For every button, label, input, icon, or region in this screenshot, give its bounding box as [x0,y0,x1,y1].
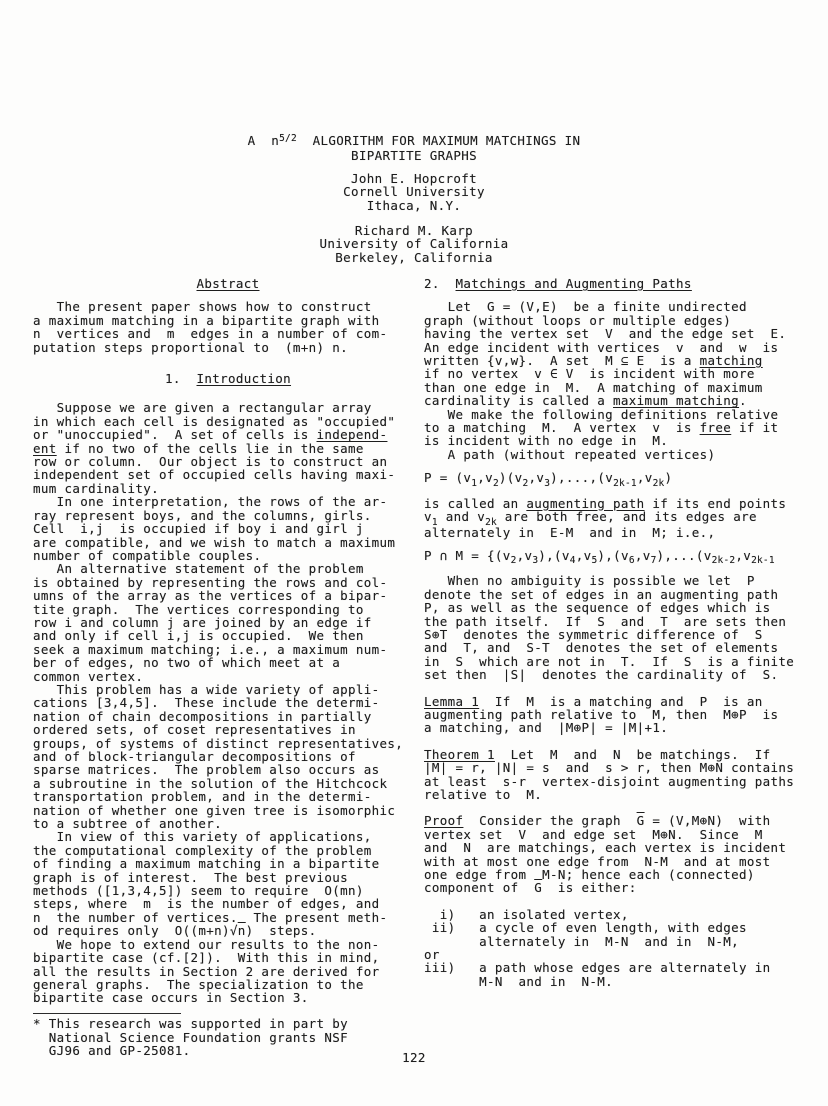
augmenting-path-paragraph: is called an augmenting path if its end … [424,497,828,539]
intro-paragraph-5: In view of this variety of applications,… [33,830,423,937]
intro-paragraph-3: An alternative statement of the problem … [33,562,423,683]
footnote-rule [33,1013,181,1014]
proof-paragraph: Proof Consider the graph G = (V,M⊕N) wit… [424,814,828,894]
paper-title: A n5/2 ALGORITHM FOR MAXIMUM MATCHINGS I… [0,134,828,163]
intro-paragraph-4: This problem has a wide variety of appli… [33,683,423,830]
intro-paragraph-1: Suppose we are given a rectangular array… [33,401,423,495]
intro-paragraph-2: In one interpretation, the rows of the a… [33,495,423,562]
component-cases-list: i) an isolated vertex, ii) a cycle of ev… [424,908,828,988]
theorem-1: Theorem 1 Let M and N be matchings. If |… [424,748,828,802]
free-vertex-paragraph: We make the following definitions relati… [424,408,828,462]
intro-paragraph-6: We hope to extend our results to the non… [33,938,423,1005]
paper-page: A n5/2 ALGORITHM FOR MAXIMUM MATCHINGS I… [0,0,828,1106]
ambiguity-paragraph: When no ambiguity is possible we let P d… [424,574,828,681]
page-number: 122 [0,1051,828,1064]
lemma-1: Lemma 1 If M is a matching and P is an a… [424,695,828,735]
abstract-heading: Abstract [33,277,423,290]
right-column: 2. Matchings and Augmenting Paths Let G … [424,277,828,988]
path-equation: P = (v1,v2)(v2,v3),...,(v2k-1,v2k) [424,471,828,486]
left-column: Abstract The present paper shows how to … [33,277,423,1057]
intersection-equation: P ∩ M = {(v2,v3),(v4,v5),(v6,v7),...(v2k… [424,549,828,564]
definitions-paragraph: Let G = (V,E) be a finite undirected gra… [424,300,828,407]
author-block-hopcroft: John E. Hopcroft Cornell University Itha… [0,172,828,212]
abstract-paragraph: The present paper shows how to construct… [33,300,423,354]
section1-heading: 1. Introduction [33,372,423,385]
author-block-karp: Richard M. Karp University of California… [0,224,828,264]
section2-heading: 2. Matchings and Augmenting Paths [424,277,828,290]
